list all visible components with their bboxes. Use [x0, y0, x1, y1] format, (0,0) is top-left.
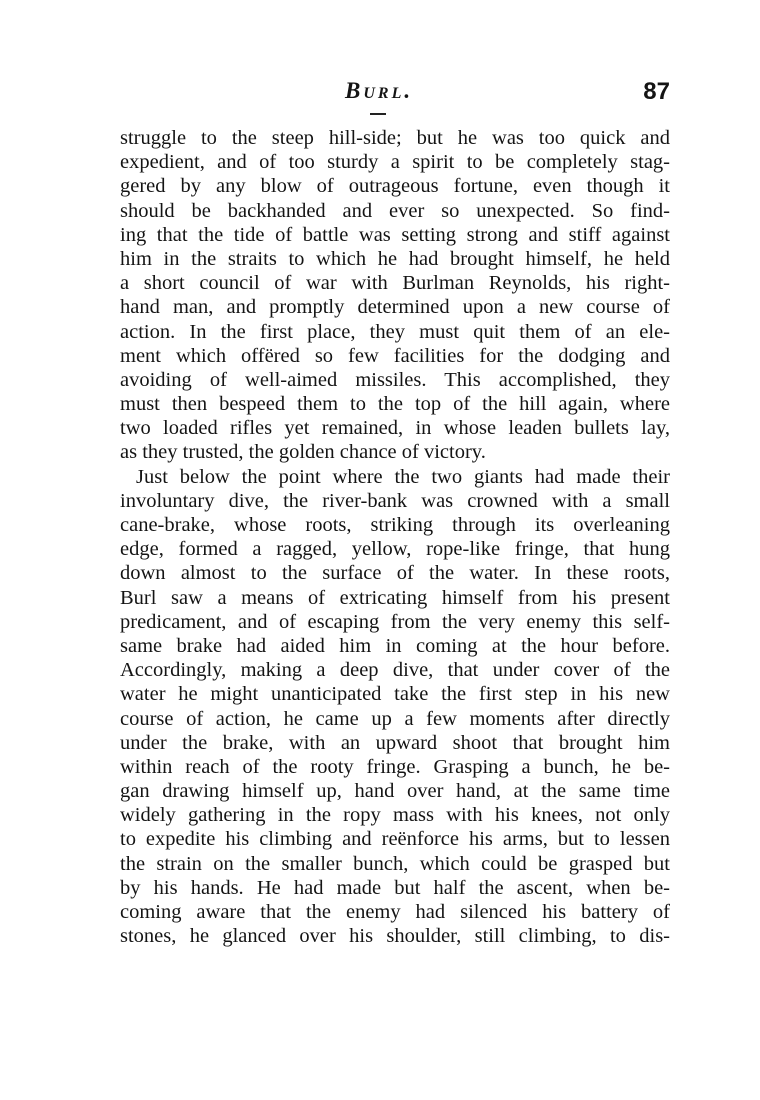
text-line: water he might unanticipated take the fi…	[120, 682, 670, 706]
paragraph: Just below the point where the two giant…	[120, 465, 670, 949]
text-line: gan drawing himself up, hand over hand, …	[120, 779, 670, 803]
text-line: ing that the tide of battle was setting …	[120, 223, 670, 247]
text-line: coming aware that the enemy had silenced…	[120, 900, 670, 924]
text-line: same brake had aided him in coming at th…	[120, 634, 670, 658]
body-text: struggle to the steep hill-side; but he …	[120, 126, 670, 948]
text-line: two loaded rifles yet remained, in whose…	[120, 416, 670, 440]
text-line: under the brake, with an upward shoot th…	[120, 731, 670, 755]
text-line: widely gathering in the ropy mass with h…	[120, 803, 670, 827]
book-page: Burl. 87 struggle to the steep hill-side…	[0, 0, 760, 1100]
text-line: him in the straits to which he had broug…	[120, 247, 670, 271]
text-line: course of action, he came up a few momen…	[120, 707, 670, 731]
text-line: predicament, and of escaping from the ve…	[120, 610, 670, 634]
text-line: Just below the point where the two giant…	[120, 465, 670, 489]
text-line: by his hands. He had made but half the a…	[120, 876, 670, 900]
text-line: struggle to the steep hill-side; but he …	[120, 126, 670, 150]
text-line: involuntary dive, the river-bank was cro…	[120, 489, 670, 513]
header-rule	[370, 113, 386, 115]
page-number: 87	[643, 78, 670, 106]
running-title: Burl.	[345, 78, 413, 104]
text-line: hand man, and promptly determined upon a…	[120, 295, 670, 319]
text-line: expedient, and of too sturdy a spirit to…	[120, 150, 670, 174]
paragraph: struggle to the steep hill-side; but he …	[120, 126, 670, 465]
running-head: Burl. 87	[120, 78, 670, 118]
text-line: ment which offëred so few facilities for…	[120, 344, 670, 368]
text-line: down almost to the surface of the water.…	[120, 561, 670, 585]
text-line: gered by any blow of outrageous fortune,…	[120, 174, 670, 198]
text-line: Accordingly, making a deep dive, that un…	[120, 658, 670, 682]
text-line: avoiding of well-aimed missiles. This ac…	[120, 368, 670, 392]
text-line: the strain on the smaller bunch, which c…	[120, 852, 670, 876]
text-line: cane-brake, whose roots, striking throug…	[120, 513, 670, 537]
text-line: as they trusted, the golden chance of vi…	[120, 440, 670, 464]
text-line: within reach of the rooty fringe. Graspi…	[120, 755, 670, 779]
text-line: a short council of war with Burlman Reyn…	[120, 271, 670, 295]
text-line: stones, he glanced over his shoulder, st…	[120, 924, 670, 948]
text-line: must then bespeed them to the top of the…	[120, 392, 670, 416]
text-line: Burl saw a means of extricating himself …	[120, 586, 670, 610]
text-line: should be backhanded and ever so unexpec…	[120, 199, 670, 223]
text-line: edge, formed a ragged, yellow, rope-like…	[120, 537, 670, 561]
text-line: to expedite his climbing and reënforce h…	[120, 827, 670, 851]
text-line: action. In the first place, they must qu…	[120, 320, 670, 344]
